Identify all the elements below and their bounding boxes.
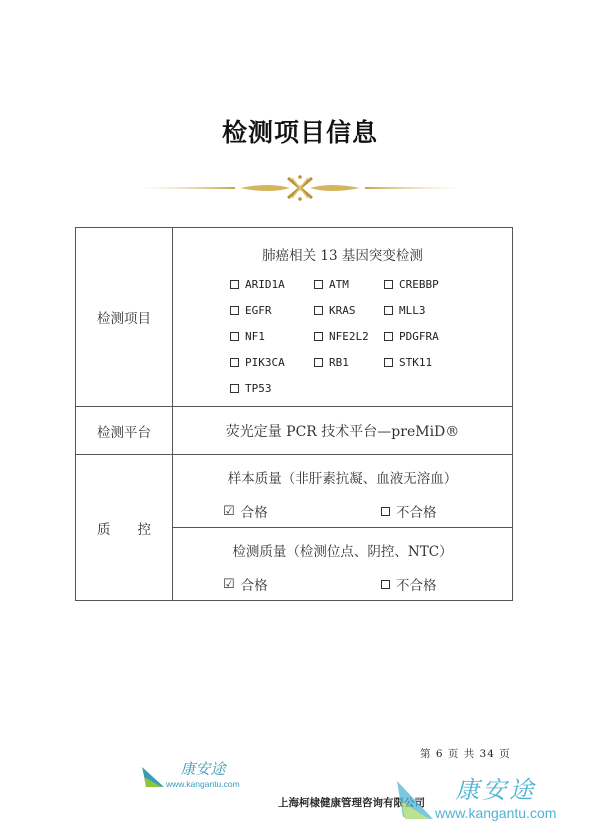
- gene-option-atm[interactable]: ATM: [314, 276, 384, 292]
- gene-option-nfe2l2[interactable]: NFE2L2: [314, 328, 384, 344]
- brand-logo: 康安途 www.kangantu.com: [140, 758, 240, 789]
- gene-option-egfr[interactable]: EGFR: [230, 302, 314, 318]
- gene-option-nf1[interactable]: NF1: [230, 328, 314, 344]
- sample-quality-cell: 样本质量（非肝素抗凝、血液无溶血） ☑ 合格 不合格: [173, 455, 513, 528]
- sample-quality-pass-option[interactable]: ☑ 合格: [223, 501, 268, 521]
- platform-label: 检测平台: [76, 407, 173, 455]
- detection-quality-pass-option[interactable]: ☑ 合格: [223, 574, 268, 594]
- gene-option-kras[interactable]: KRAS: [314, 302, 384, 318]
- checkbox-icon[interactable]: [384, 280, 393, 289]
- gene-option-pik3ca[interactable]: PIK3CA: [230, 354, 314, 370]
- checkbox-icon[interactable]: [381, 507, 390, 516]
- watermark-logo: 康安途 www.kangantu.com: [395, 770, 556, 821]
- page-number: 第 6 页 共 34 页: [420, 746, 511, 761]
- gene-option-crebbp[interactable]: CREBBP: [384, 276, 464, 292]
- checkbox-icon[interactable]: [314, 332, 323, 341]
- panel-title: 肺癌相关 13 基因突变检测: [173, 228, 512, 276]
- page-title: 检测项目信息: [0, 113, 600, 149]
- qc-label: 质 控: [76, 455, 173, 601]
- checkbox-icon[interactable]: [230, 332, 239, 341]
- checkbox-icon[interactable]: [384, 358, 393, 367]
- brand-url: www.kangantu.com: [166, 779, 240, 789]
- checkbox-icon[interactable]: [384, 332, 393, 341]
- checkbox-icon[interactable]: [230, 306, 239, 315]
- row-platform: 检测平台 荧光定量 PCR 技术平台—preMiD®: [76, 407, 513, 455]
- gene-option-pdgfra[interactable]: PDGFRA: [384, 328, 464, 344]
- gene-checklist: ARID1A ATM CREBBP EGFR KRAS MLL3 NF1 NFE…: [230, 276, 512, 406]
- checkbox-icon[interactable]: [230, 280, 239, 289]
- test-info-table: 检测项目 肺癌相关 13 基因突变检测 ARID1A ATM CREBBP EG…: [75, 227, 513, 601]
- detection-quality-cell: 检测质量（检测位点、阴控、NTC） ☑ 合格 不合格: [173, 528, 513, 601]
- test-items-label: 检测项目: [76, 228, 173, 407]
- gene-option-mll3[interactable]: MLL3: [384, 302, 464, 318]
- brand-name: 康安途: [180, 758, 225, 779]
- checkbox-icon[interactable]: [381, 580, 390, 589]
- detection-quality-fail-option[interactable]: 不合格: [381, 574, 437, 594]
- wing-logo-icon: [395, 777, 435, 821]
- checkbox-icon[interactable]: [314, 358, 323, 367]
- checkbox-icon[interactable]: [314, 306, 323, 315]
- watermark-url: www.kangantu.com: [435, 805, 556, 821]
- checkbox-icon[interactable]: [384, 306, 393, 315]
- gold-divider-ornament: [140, 174, 460, 202]
- checked-box-icon[interactable]: ☑: [223, 504, 235, 519]
- platform-value: 荧光定量 PCR 技术平台—preMiD®: [173, 407, 513, 455]
- row-qc-sample: 质 控 样本质量（非肝素抗凝、血液无溶血） ☑ 合格 不合格: [76, 455, 513, 528]
- gene-option-stk11[interactable]: STK11: [384, 354, 464, 370]
- row-test-items: 检测项目 肺癌相关 13 基因突变检测 ARID1A ATM CREBBP EG…: [76, 228, 513, 407]
- gene-option-tp53[interactable]: TP53: [230, 380, 314, 396]
- checkbox-icon[interactable]: [230, 358, 239, 367]
- sample-quality-title: 样本质量（非肝素抗凝、血液无溶血）: [173, 467, 512, 487]
- checkbox-icon[interactable]: [314, 280, 323, 289]
- wing-logo-icon: [140, 763, 166, 789]
- test-items-cell: 肺癌相关 13 基因突变检测 ARID1A ATM CREBBP EGFR KR…: [173, 228, 513, 407]
- detection-quality-title: 检测质量（检测位点、阴控、NTC）: [173, 540, 512, 560]
- checked-box-icon[interactable]: ☑: [223, 577, 235, 592]
- gene-option-arid1a[interactable]: ARID1A: [230, 276, 314, 292]
- gene-option-rb1[interactable]: RB1: [314, 354, 384, 370]
- sample-quality-fail-option[interactable]: 不合格: [381, 501, 437, 521]
- watermark-brand: 康安途: [455, 770, 536, 805]
- checkbox-icon[interactable]: [230, 384, 239, 393]
